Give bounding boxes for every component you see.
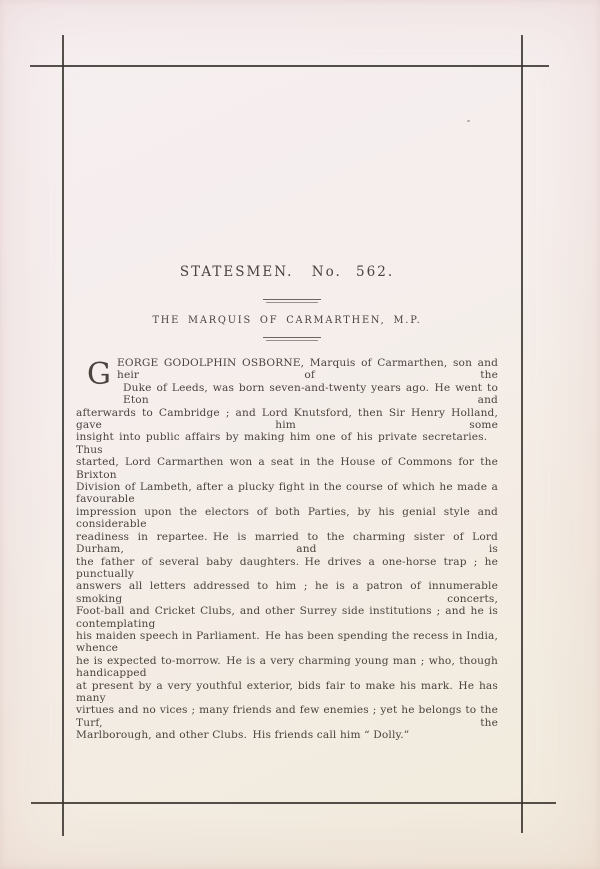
body-line: Duke of Leeds, was born seven-and-twenty… (76, 382, 498, 407)
divider-rule-thin (266, 340, 318, 341)
document-page: STATESMEN. No. 562. THE MARQUIS OF CARMA… (0, 0, 600, 869)
paper-speck (467, 120, 470, 122)
frame-rule-left (62, 35, 64, 836)
divider-rule-thin (266, 302, 318, 303)
body-line: at present by a very youthful exterior, … (76, 680, 498, 705)
divider-rule-thick (263, 299, 321, 300)
frame-rule-right (521, 35, 523, 833)
paper-speck (244, 562, 246, 564)
double-rule-divider-bottom (263, 337, 321, 343)
body-line: Marlborough, and other Clubs. His friend… (76, 729, 498, 741)
body-line: EORGE GODOLPHIN OSBORNE, Marquis of Carm… (76, 357, 498, 382)
series-name: STATESMEN. (180, 264, 294, 280)
body-line: readiness in repartee. He is married to … (76, 531, 498, 556)
body-line: the father of several baby daughters. He… (76, 556, 498, 581)
body-line: virtues and no vices ; many friends and … (76, 704, 498, 729)
body-line: afterwards to Cambridge ; and Lord Knuts… (76, 407, 498, 432)
body-line: answers all letters addressed to him ; h… (76, 580, 498, 605)
article-body: G EORGE GODOLPHIN OSBORNE, Marquis of Ca… (76, 357, 498, 742)
body-line: Foot-ball and Cricket Clubs, and other S… (76, 605, 498, 630)
series-title: STATESMEN. No. 562. (76, 264, 498, 280)
body-line: he is expected to-morrow. He is a very c… (76, 655, 498, 680)
article-title: THE MARQUIS OF CARMARTHEN, M.P. (76, 315, 498, 326)
series-number: 562. (356, 264, 394, 280)
series-number-label: No. (312, 264, 342, 280)
double-rule-divider-top (263, 299, 321, 305)
body-line: his maiden speech in Parliament. He has … (76, 630, 498, 655)
frame-rule-top (30, 65, 549, 67)
divider-rule-thick (263, 337, 321, 338)
body-line: started, Lord Carmarthen won a seat in t… (76, 456, 498, 481)
body-line: insight into public affairs by making hi… (76, 431, 498, 456)
body-line: impression upon the electors of both Par… (76, 506, 498, 531)
body-line: Division of Lambeth, after a plucky figh… (76, 481, 498, 506)
drop-cap: G (87, 360, 111, 390)
frame-rule-bottom (31, 802, 556, 804)
